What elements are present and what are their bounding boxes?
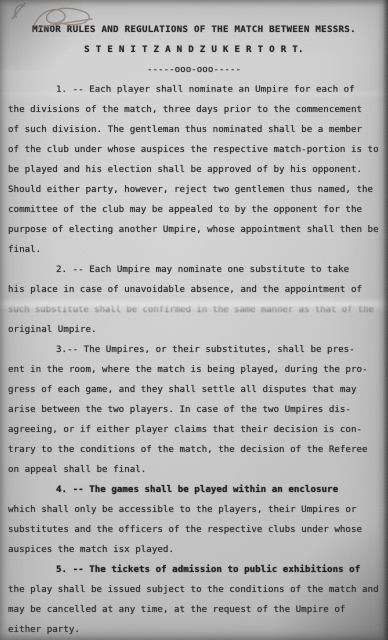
typed-line: agreeing, or if either player claims tha… [0, 420, 388, 440]
typed-line: trary to the conditions of the match, th… [0, 440, 388, 460]
typed-line: be played and his election shall be appr… [0, 160, 388, 180]
page-edge-shadow [383, 0, 388, 640]
typed-line: gress of each game, and they shall settl… [0, 380, 388, 400]
scanned-document-page: MINOR RULES AND REGULATIONS OF THE MATCH… [0, 0, 388, 640]
typed-line: of the club under whose auspices the res… [0, 140, 388, 160]
typed-line: on appeal shall be final. [0, 460, 388, 480]
typed-line: original Umpire. [0, 320, 388, 340]
typed-line: 3.-- The Umpires, or their substitutes, … [0, 340, 388, 360]
typed-line: his place in case of unavoidable absence… [0, 280, 388, 300]
typed-line: the divisions of the match, three days p… [0, 100, 388, 120]
typed-line: committee of the club may be appealed to… [0, 200, 388, 220]
corner-shadow [268, 520, 388, 640]
typed-line: of such division. The gentleman thus nom… [0, 120, 388, 140]
typed-line: final. [0, 240, 388, 260]
typed-line: Should either party, however, reject two… [0, 180, 388, 200]
typed-line: ent in the room, where the match is bein… [0, 360, 388, 380]
typed-line: purpose of electing another Umpire, whos… [0, 220, 388, 240]
typed-line: 2. -- Each Umpire may nominate one subst… [0, 260, 388, 280]
typed-line: 4. -- The games shall be played within a… [0, 480, 388, 500]
typed-line: arise between the two players. In case o… [0, 400, 388, 420]
typed-line: such substitute shall be confirmed in th… [0, 300, 388, 320]
corner-shadow [0, 0, 90, 70]
typed-line: 1. -- Each player shall nominate an Umpi… [0, 80, 388, 100]
typed-line: which shall only be accessible to the pl… [0, 500, 388, 520]
